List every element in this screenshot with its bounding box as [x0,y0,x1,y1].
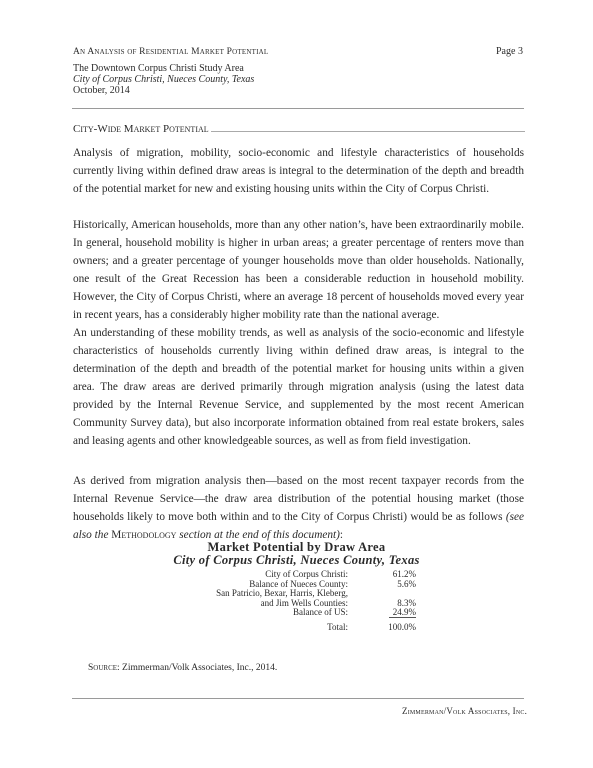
header-subtitle-block: The Downtown Corpus Christi Study Area C… [73,63,254,96]
report-date: October, 2014 [73,85,254,96]
paragraph-draw-areas: An understanding of these mobility trend… [73,324,524,450]
paragraph-mobility-history: Historically, American households, more … [73,216,524,324]
footer-firm: Zimmerman/Volk Associates, Inc. [402,706,527,716]
report-title: An Analysis of Residential Market Potent… [73,47,268,57]
section-heading-text: City-Wide Market Potential [73,123,209,135]
total-label: Total: [150,623,348,633]
paragraph-intro: Analysis of migration, mobility, socio-e… [73,144,524,198]
section-heading-rule [211,131,525,132]
study-area: The Downtown Corpus Christi Study Area [73,63,254,74]
table-source: Source: Zimmerman/Volk Associates, Inc.,… [88,663,277,673]
row-value-underlined: 24.9% [389,607,416,618]
source-text: Zimmerman/Volk Associates, Inc., 2014. [120,663,278,673]
source-label: Source: [88,663,120,673]
table-subtitle: City of Corpus Christi, Nueces County, T… [0,553,593,568]
location: City of Corpus Christi, Nueces County, T… [73,74,254,85]
paragraph-migration-analysis: As derived from migration analysis then—… [73,472,524,544]
total-value: 100.0% [348,623,416,633]
section-heading: City-Wide Market Potential [73,123,525,135]
row-value: 24.9% [348,608,416,618]
p4-text: As derived from migration analysis then—… [73,475,524,523]
row-value: 5.6% [348,580,416,590]
row-label: Balance of US: [150,608,348,618]
table-total-row: Total: 100.0% [150,623,416,633]
table-row: and Jim Wells Counties: 8.3% [150,599,416,609]
footer-divider [72,698,524,699]
header-divider [72,108,524,109]
draw-area-table: City of Corpus Christi: 61.2% Balance of… [150,570,416,633]
table-row: Balance of US: 24.9% [150,608,416,618]
page-number: Page 3 [496,46,523,57]
